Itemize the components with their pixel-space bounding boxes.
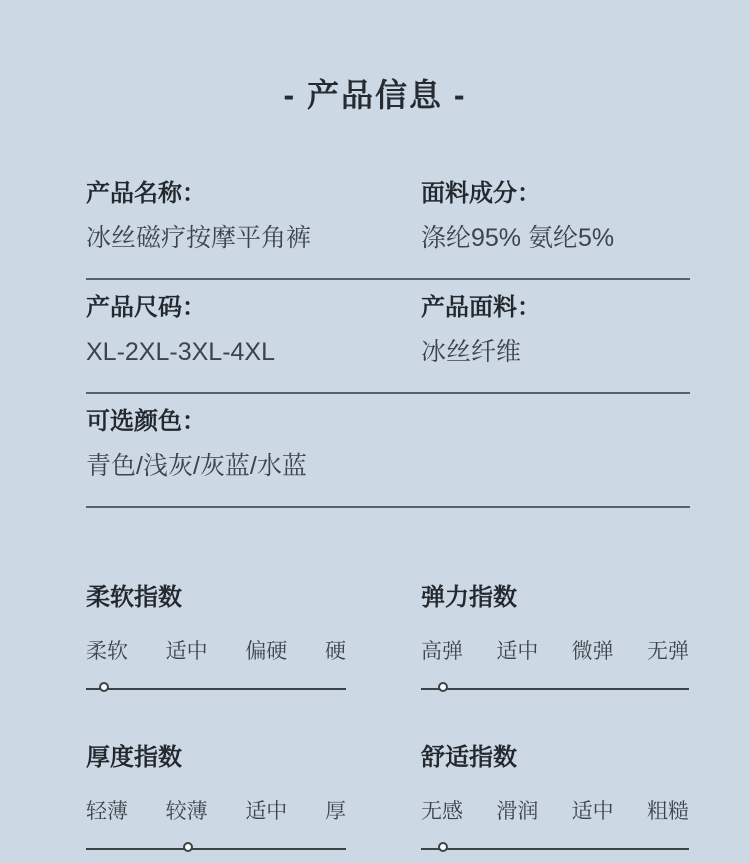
slider-track [421,688,689,690]
index-option: 轻薄 [86,798,128,826]
spec-fabric-composition: 面料成分： 涤纶95% 氨纶5% [421,178,690,254]
rating-index-grid: 柔软指数 柔软 适中 偏硬 硬 弹力指数 高弹 适中 微弹 无弹 [86,582,690,856]
slider-track [421,848,689,850]
product-info-panel: - 产品信息 - 产品名称： 冰丝磁疗按摩平角裤 面料成分： 涤纶95% 氨纶5… [0,0,750,863]
index-title: 舒适指数 [421,742,690,774]
spec-product-name: 产品名称： 冰丝磁疗按摩平角裤 [86,178,421,254]
index-option-labels: 轻薄 较薄 适中 厚 [86,798,346,826]
index-option: 柔软 [86,638,128,666]
index-group-elasticity: 弹力指数 高弹 适中 微弹 无弹 [421,582,690,696]
slider-knob [438,842,448,852]
index-option: 适中 [572,798,614,826]
page-title: - 产品信息 - [0,0,750,116]
spec-label: 产品尺码： [86,292,421,324]
slider-knob [99,682,109,692]
index-option: 硬 [325,638,346,666]
spec-label: 产品名称： [86,178,421,210]
index-option-labels: 无感 滑润 适中 粗糙 [421,798,689,826]
index-option: 微弹 [572,638,614,666]
spec-product-material: 产品面料： 冰丝纤维 [421,292,690,368]
index-option-labels: 柔软 适中 偏硬 硬 [86,638,346,666]
spec-row-colors: 可选颜色： 青色/浅灰/灰蓝/水蓝 [86,394,690,508]
index-slider [421,842,689,856]
index-option: 适中 [245,798,287,826]
index-slider [86,842,346,856]
index-group-comfort: 舒适指数 无感 滑润 适中 粗糙 [421,742,690,856]
index-slider [86,682,346,696]
spec-product-size: 产品尺码： XL-2XL-3XL-4XL [86,292,421,368]
slider-track [86,848,346,850]
product-spec-list: 产品名称： 冰丝磁疗按摩平角裤 面料成分： 涤纶95% 氨纶5% 产品尺码： X… [86,166,690,508]
index-group-softness: 柔软指数 柔软 适中 偏硬 硬 [86,582,421,696]
index-slider [421,682,689,696]
index-title: 柔软指数 [86,582,421,614]
spec-value: XL-2XL-3XL-4XL [86,336,421,368]
slider-knob [183,842,193,852]
spec-label: 面料成分： [421,178,690,210]
spec-label: 产品面料： [421,292,690,324]
spec-value: 冰丝纤维 [421,336,690,368]
spec-available-colors: 可选颜色： 青色/浅灰/灰蓝/水蓝 [86,406,421,482]
spec-value: 青色/浅灰/灰蓝/水蓝 [86,450,421,482]
index-option: 高弹 [421,638,463,666]
index-option: 粗糙 [647,798,689,826]
index-title: 弹力指数 [421,582,690,614]
index-option: 偏硬 [245,638,287,666]
spec-row-name-fabric: 产品名称： 冰丝磁疗按摩平角裤 面料成分： 涤纶95% 氨纶5% [86,166,690,280]
spec-row-size-material: 产品尺码： XL-2XL-3XL-4XL 产品面料： 冰丝纤维 [86,280,690,394]
index-title: 厚度指数 [86,742,421,774]
index-option: 较薄 [166,798,208,826]
index-group-thickness: 厚度指数 轻薄 较薄 适中 厚 [86,742,421,856]
index-option: 滑润 [496,798,538,826]
index-option: 无弹 [647,638,689,666]
index-option: 适中 [166,638,208,666]
slider-track [86,688,346,690]
index-option-labels: 高弹 适中 微弹 无弹 [421,638,689,666]
spec-value: 冰丝磁疗按摩平角裤 [86,222,421,254]
spec-label: 可选颜色： [86,406,421,438]
index-option: 适中 [496,638,538,666]
index-option: 厚 [325,798,346,826]
slider-knob [438,682,448,692]
index-option: 无感 [421,798,463,826]
spec-value: 涤纶95% 氨纶5% [421,222,690,254]
